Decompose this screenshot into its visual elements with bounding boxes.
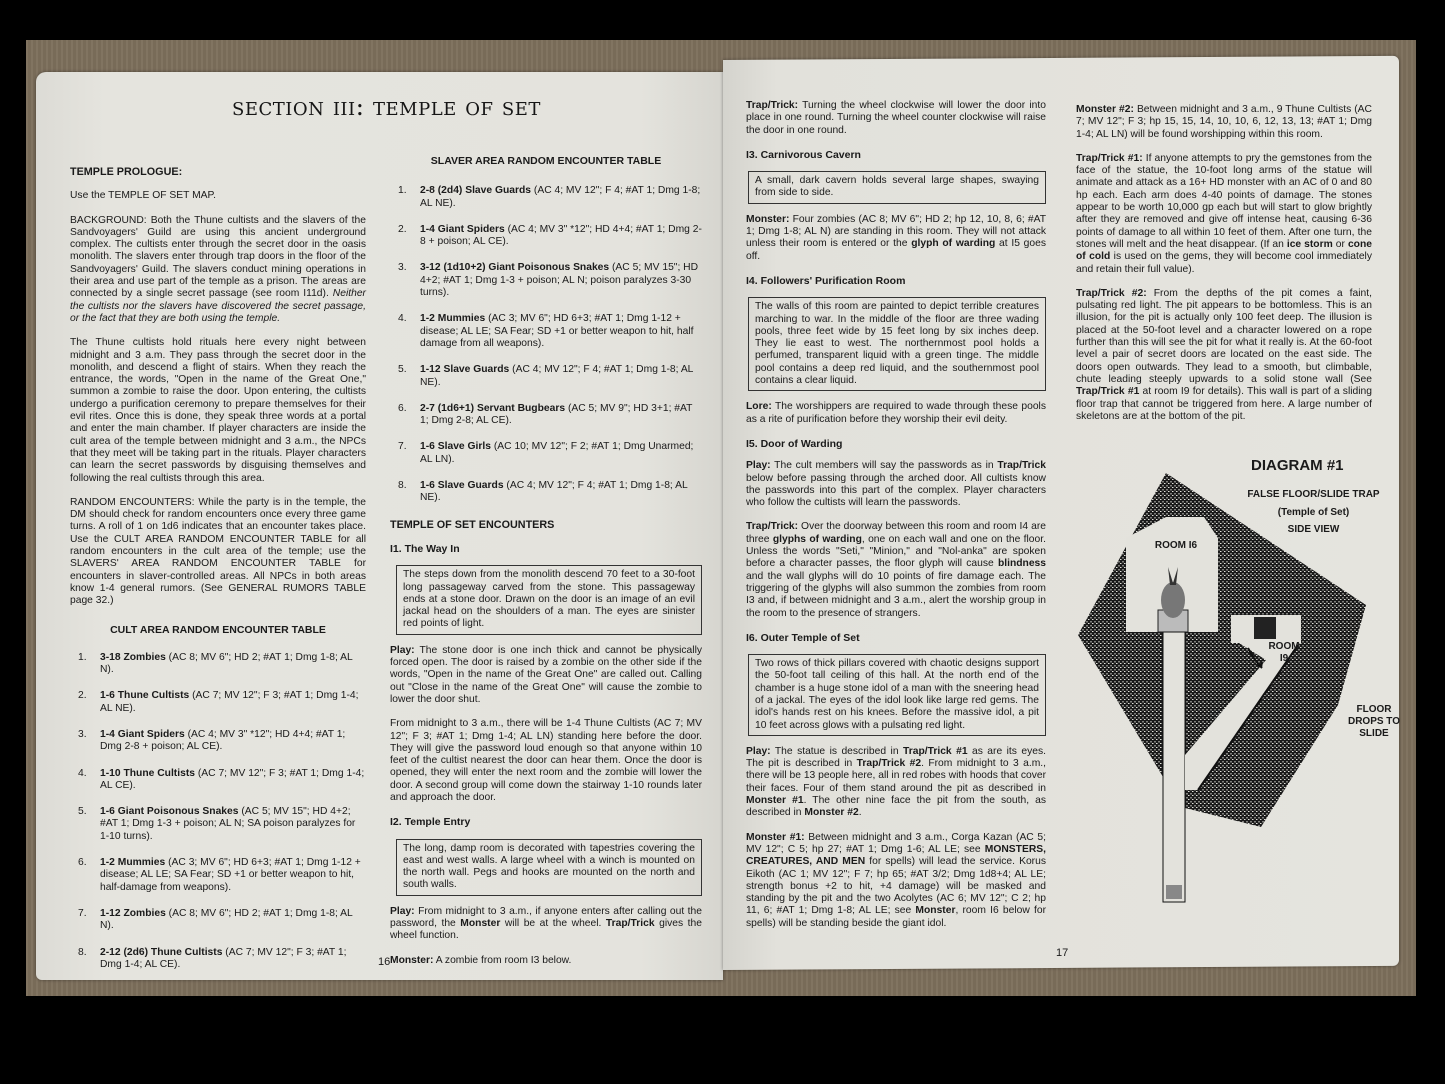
- slaver-table-row: 3.3-12 (1d10+2) Giant Poisonous Snakes (…: [390, 262, 702, 299]
- section-title: section III: temple of set: [232, 92, 541, 121]
- cult-table-row: 6.1-2 Mummies (AC 3; MV 6"; HD 6+3; #AT …: [70, 857, 366, 894]
- i5-heading: I5. Door of Warding: [746, 438, 1046, 450]
- i6-play: Play: The statue is described in Trap/Tr…: [746, 746, 1046, 820]
- i5-trap-trick: Trap/Trick: Over the doorway between thi…: [746, 521, 1046, 619]
- cult-table-row: 3.1-4 Giant Spiders (AC 4; MV 3" *12"; H…: [70, 729, 366, 754]
- slaver-encounter-table: 1.2-8 (2d4) Slave Guards (AC 4; MV 12"; …: [390, 185, 702, 504]
- i6-monster-2: Monster #2: Between midnight and 3 a.m.,…: [1076, 104, 1372, 141]
- i2-boxed-text: The long, damp room is decorated with ta…: [396, 839, 702, 896]
- i1-heading: I1. The Way In: [390, 543, 702, 555]
- slaver-table-row: 1.2-8 (2d4) Slave Guards (AC 4; MV 12"; …: [390, 185, 702, 210]
- diagram-subtitle-2: (Temple of Set): [1221, 507, 1406, 518]
- diagram-false-floor-slide-trap: DIAGRAM #1 FALSE FLOOR/SLIDE TRAP (Templ…: [1076, 455, 1406, 945]
- i1-play: Play: The stone door is one inch thick a…: [390, 645, 702, 706]
- prologue-background: BACKGROUND: Both the Thune cultists and …: [70, 215, 366, 326]
- cult-table-row: 1.3-18 Zombies (AC 8; MV 6"; HD 2; #AT 1…: [70, 652, 366, 677]
- slaver-table-heading: SLAVER AREA RANDOM ENCOUNTER TABLE: [390, 155, 702, 167]
- slaver-table-row: 5.1-12 Slave Guards (AC 4; MV 12"; F 4; …: [390, 364, 702, 389]
- i1-midnight: From midnight to 3 a.m., there will be 1…: [390, 718, 702, 804]
- i3-boxed-text: A small, dark cavern holds several large…: [748, 171, 1046, 204]
- left-column-2: SLAVER AREA RANDOM ENCOUNTER TABLE 1.2-8…: [390, 155, 702, 979]
- cult-table-row: 2.1-6 Thune Cultists (AC 7; MV 12"; F 3;…: [70, 690, 366, 715]
- label-room-i9-line2: I9: [1266, 653, 1302, 664]
- right-column-2: Monster #2: Between midnight and 3 a.m.,…: [1076, 104, 1372, 435]
- cult-table-row: 8.2-12 (2d6) Thune Cultists (AC 7; MV 12…: [70, 947, 366, 972]
- i2-play: Play: From midnight to 3 a.m., if anyone…: [390, 906, 702, 943]
- left-column-1: TEMPLE PROLOGUE: Use the TEMPLE OF SET M…: [70, 166, 366, 985]
- i6-heading: I6. Outer Temple of Set: [746, 632, 1046, 644]
- slaver-table-row: 4.1-2 Mummies (AC 3; MV 6"; HD 6+3; #AT …: [390, 313, 702, 350]
- i4-lore: Lore: The worshippers are required to wa…: [746, 401, 1046, 426]
- prologue-rituals: The Thune cultists hold rituals here eve…: [70, 337, 366, 485]
- cult-table-row: 4.1-10 Thune Cultists (AC 7; MV 12"; F 3…: [70, 768, 366, 793]
- cult-table-row: 5.1-6 Giant Poisonous Snakes (AC 5; MV 1…: [70, 806, 366, 843]
- encounters-heading: TEMPLE OF SET ENCOUNTERS: [390, 519, 702, 531]
- right-column-1: Trap/Trick: Turning the wheel clockwise …: [746, 100, 1046, 942]
- i6-monster-1: Monster #1: Between midnight and 3 a.m.,…: [746, 832, 1046, 930]
- page-number-right: 17: [1056, 947, 1068, 959]
- prologue-random-encounters: RANDOM ENCOUNTERS: While the party is in…: [70, 497, 366, 608]
- prologue-intro: Use the TEMPLE OF SET MAP.: [70, 190, 366, 202]
- page-number-left: 16: [378, 956, 390, 968]
- cult-table-row: 7.1-12 Zombies (AC 8; MV 6"; HD 2; #AT 1…: [70, 908, 366, 933]
- label-slide: SLIDE: [1344, 728, 1404, 739]
- prologue-heading: TEMPLE PROLOGUE:: [70, 166, 366, 178]
- i3-heading: I3. Carnivorous Cavern: [746, 149, 1046, 161]
- diagram-subtitle: FALSE FLOOR/SLIDE TRAP: [1221, 489, 1406, 500]
- i6-trap-trick-1: Trap/Trick #1: If anyone attempts to pry…: [1076, 153, 1372, 276]
- cult-encounter-table: 1.3-18 Zombies (AC 8; MV 6"; HD 2; #AT 1…: [70, 652, 366, 971]
- slaver-table-row: 6.2-7 (1d6+1) Servant Bugbears (AC 5; MV…: [390, 403, 702, 428]
- cult-table-heading: CULT AREA RANDOM ENCOUNTER TABLE: [70, 624, 366, 636]
- i1-boxed-text: The steps down from the monolith descend…: [396, 565, 702, 634]
- diagram-side-view: SIDE VIEW: [1221, 524, 1406, 535]
- i2-monster: Monster: A zombie from room I3 below.: [390, 955, 702, 967]
- i2-heading: I2. Temple Entry: [390, 816, 702, 828]
- slaver-table-row: 2.1-4 Giant Spiders (AC 4; MV 3" *12"; H…: [390, 224, 702, 249]
- i5-play: Play: The cult members will say the pass…: [746, 460, 1046, 509]
- diagram-title: DIAGRAM #1: [1251, 457, 1344, 474]
- slaver-table-row: 7.1-6 Slave Girls (AC 10; MV 12"; F 2; #…: [390, 441, 702, 466]
- label-floor: FLOOR: [1344, 704, 1404, 715]
- i6-boxed-text: Two rows of thick pillars covered with c…: [748, 654, 1046, 736]
- i2-trap-trick: Trap/Trick: Turning the wheel clockwise …: [746, 100, 1046, 137]
- label-room-i6: ROOM I6: [1146, 540, 1206, 551]
- i4-boxed-text: The walls of this room are painted to de…: [748, 297, 1046, 391]
- label-drops-to: DROPS TO: [1344, 716, 1404, 727]
- slaver-table-row: 8.1-6 Slave Guards (AC 4; MV 12"; F 4; #…: [390, 480, 702, 505]
- i6-trap-trick-2: Trap/Trick #2: From the depths of the pi…: [1076, 288, 1372, 423]
- i3-monster: Monster: Four zombies (AC 8; MV 6"; HD 2…: [746, 214, 1046, 263]
- i4-heading: I4. Followers' Purification Room: [746, 275, 1046, 287]
- label-room-i9-line1: ROOM: [1266, 641, 1302, 652]
- skeletons-icon: [1166, 885, 1182, 899]
